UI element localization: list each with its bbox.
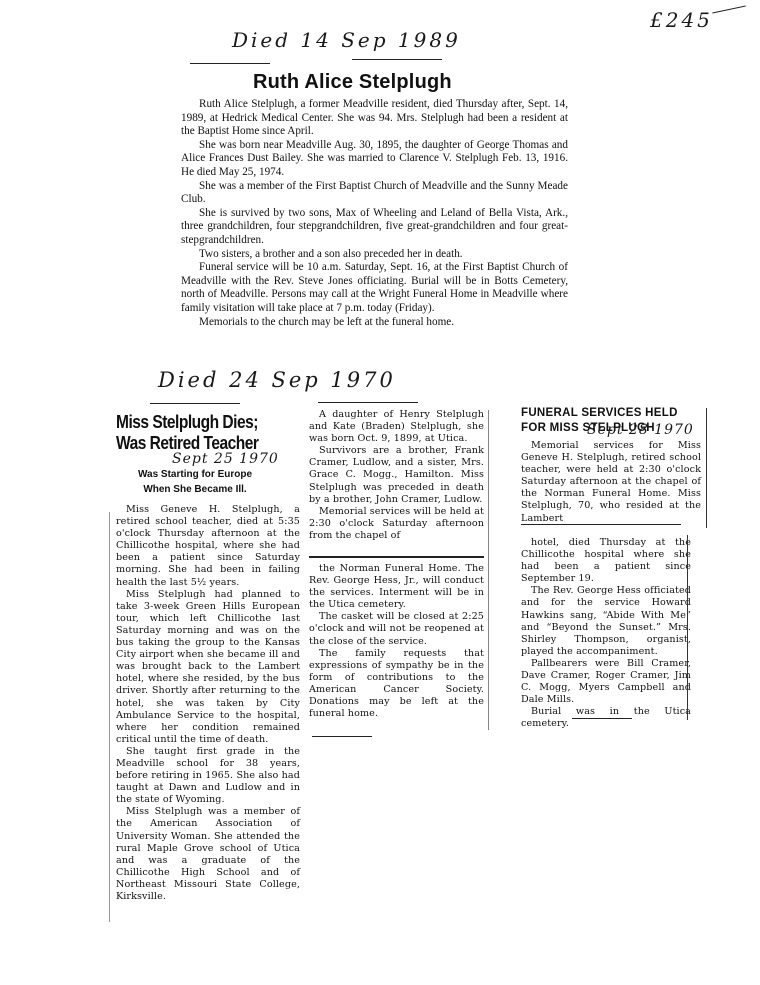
divider-1970-left: [150, 403, 240, 404]
paragraph: Memorial services for Miss Geneve H. Ste…: [521, 440, 701, 525]
column-break-rule: [309, 556, 484, 558]
clipping-c-rule-lower: [687, 535, 688, 720]
death-date-note-1970: Died 24 Sep 1970: [158, 368, 396, 392]
divider-1970-mid: [318, 402, 418, 403]
paragraph: Two sisters, a brother and a son also pr…: [181, 248, 568, 262]
paragraph: Memorial services will be held at 2:30 o…: [309, 506, 484, 542]
clipping-a-column-2-top: A daughter of Henry Stelplugh and Kate (…: [309, 409, 484, 542]
obituary-body-1989: Ruth Alice Stelplugh, a former Meadville…: [181, 98, 568, 329]
handwritten-date-clipping-c: Sept 28 1970: [587, 422, 694, 438]
end-rule-c: [572, 718, 632, 719]
clipping-a-column-2-bottom: the Norman Funeral Home. The Rev. George…: [309, 563, 484, 720]
paragraph: Miss Stelplugh was a member of the Ameri…: [116, 806, 300, 903]
paragraph: hotel, died Thursday at the Chillicothe …: [521, 537, 691, 585]
headline-miss-stelplugh-dies: Miss Stelplugh Dies; Was Retired Teacher: [116, 411, 267, 453]
subheadline-europe: Was Starting for Europe When She Became …: [120, 467, 270, 497]
paragraph: The family requests that expressions of …: [309, 648, 484, 721]
clipping-c-rule: [706, 408, 707, 528]
clipping-a-column-1: Miss Geneve H. Stelplugh, a retired scho…: [116, 504, 300, 903]
obituary-title-1989: Ruth Alice Stelplugh: [253, 71, 553, 94]
catalog-number-handwritten: £245: [650, 8, 713, 32]
paragraph: Survivors are a brother, Frank Cramer, L…: [309, 445, 484, 505]
paragraph: The casket will be closed at 2:25 o'cloc…: [309, 611, 484, 647]
end-rule-a: [312, 736, 372, 737]
paragraph: the Norman Funeral Home. The Rev. George…: [309, 563, 484, 611]
clipping-c-top: Memorial services for Miss Geneve H. Ste…: [521, 440, 701, 525]
paragraph: Funeral service will be 10 a.m. Saturday…: [181, 261, 568, 315]
clipping-c-bottom: hotel, died Thursday at the Chillicothe …: [521, 537, 691, 731]
paragraph: Ruth Alice Stelplugh, a former Meadville…: [181, 98, 568, 139]
column-rule-a2: [488, 410, 489, 730]
catalog-number-underline: [712, 5, 745, 13]
headline-line-1: Miss Stelplugh Dies;: [116, 411, 267, 432]
headline-line-2: Was Retired Teacher: [116, 432, 267, 453]
headline-c-line-1: FUNERAL SERVICES HELD: [521, 406, 701, 421]
paragraph: The Rev. George Hess officiated and for …: [521, 585, 691, 658]
subhead-line-2: When She Became Ill.: [120, 482, 270, 497]
clipping-c-break: [521, 524, 681, 525]
paragraph: Memorials to the church may be left at t…: [181, 316, 568, 330]
column-rule-a: [109, 512, 110, 922]
handwritten-date-clipping-a: Sept 25 1970: [172, 451, 279, 467]
paragraph: She was born near Meadville Aug. 30, 189…: [181, 139, 568, 180]
paragraph: A daughter of Henry Stelplugh and Kate (…: [309, 409, 484, 445]
divider-1989-top-right: [352, 59, 442, 60]
paragraph: Miss Geneve H. Stelplugh, a retired scho…: [116, 504, 300, 589]
death-date-note-1989: Died 14 Sep 1989: [232, 28, 461, 52]
paragraph: Miss Stelplugh had planned to take 3-wee…: [116, 589, 300, 746]
paragraph: She taught first grade in the Meadville …: [116, 746, 300, 806]
paragraph: Pallbearers were Bill Cramer, Dave Crame…: [521, 658, 691, 706]
subhead-line-1: Was Starting for Europe: [120, 467, 270, 482]
divider-1989-top: [190, 63, 270, 64]
paragraph: She was a member of the First Baptist Ch…: [181, 180, 568, 207]
paragraph: She is survived by two sons, Max of Whee…: [181, 207, 568, 248]
